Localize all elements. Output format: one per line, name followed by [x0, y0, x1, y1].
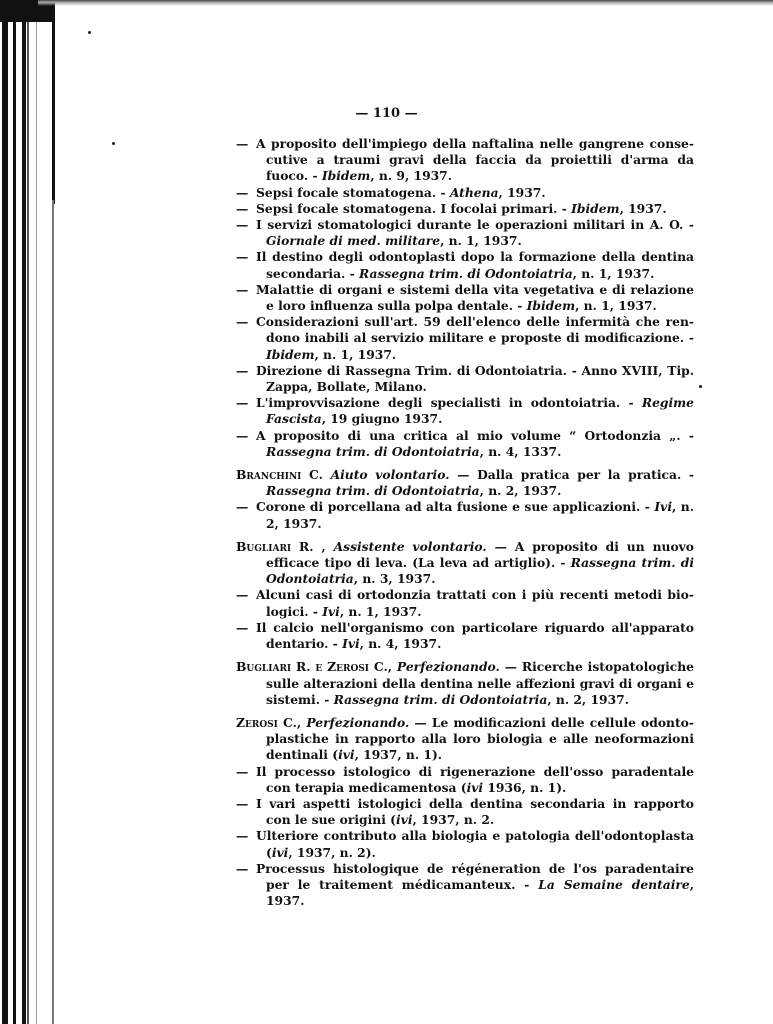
- entry-dash: —: [236, 428, 256, 444]
- entry-dash: —: [236, 185, 256, 201]
- entry-dash: —: [236, 136, 256, 152]
- author-name: Zerosi C.,: [236, 715, 306, 730]
- entry-dash: —: [236, 249, 256, 265]
- entry-source: Ivi: [342, 636, 360, 651]
- entry-source: Athena: [450, 185, 499, 200]
- entry-source: Ibidem: [571, 201, 619, 216]
- bibliography-entry: —Considerazioni sull'art. 59 dell'elenco…: [236, 314, 694, 363]
- entry-source: Rassegna trim. di Odontoiatria: [334, 692, 548, 707]
- entry-dash: —: [236, 828, 256, 844]
- entry-title: Considerazioni sull'art. 59 dell'elenco …: [256, 314, 694, 345]
- author-name: Branchini C.: [236, 467, 331, 482]
- entry-title: Corone di porcellana ad alta fusione e s…: [256, 499, 654, 514]
- entry-dash: —: [236, 363, 256, 379]
- author-entry: Zerosi C., Perfezionando. — Le modificaz…: [236, 715, 694, 764]
- bibliography-list: —A proposito dell'impiego della naftalin…: [236, 136, 694, 909]
- entry-citation: , n. 1, 1937.: [575, 298, 657, 313]
- entry-title: L'improvvisazione degli specialisti in o…: [256, 395, 642, 410]
- entry-dash: —: [236, 499, 256, 515]
- entry-dash: —: [236, 395, 256, 411]
- entry-citation: , n. 2, 1937.: [547, 692, 629, 707]
- entry-title: Direzione di Rassegna Trim. di Odontoiat…: [256, 363, 694, 394]
- bibliography-entry: —Malattie di organi e sistemi della vita…: [236, 282, 694, 314]
- scan-speck: [88, 31, 91, 34]
- author-role: Perfezionando.: [397, 659, 500, 674]
- entry-source: ivi: [396, 812, 413, 827]
- entry-title: — Dalla pratica per la pratica. -: [450, 467, 695, 482]
- author-entry: Bugliari R. e Zerosi C., Perfezionando. …: [236, 659, 694, 708]
- bibliography-entry: —A proposito dell'impiego della naftalin…: [236, 136, 694, 185]
- bibliography-entry: —I servizi stomatologici durante le oper…: [236, 217, 694, 249]
- entry-source: ivi: [467, 780, 484, 795]
- entry-dash: —: [236, 764, 256, 780]
- entry-title: A proposito di una critica al mio volume…: [256, 428, 694, 443]
- entry-citation: , 1937, n. 1).: [355, 747, 443, 762]
- entry-title: Sepsi focale stomatogena. I focolai prim…: [256, 201, 571, 216]
- bibliography-entry: —Direzione di Rassegna Trim. di Odontoia…: [236, 363, 694, 395]
- bibliography-entry: —Corone di porcellana ad alta fusione e …: [236, 499, 694, 531]
- entry-dash: —: [236, 217, 256, 233]
- entry-source: Giornale di med. militare: [266, 233, 440, 248]
- entry-citation: , n. 3, 1937.: [354, 571, 436, 586]
- entry-dash: —: [236, 201, 256, 217]
- entry-citation: 1936, n. 1).: [483, 780, 566, 795]
- entry-citation: , n. 1, 1937.: [340, 604, 422, 619]
- author-name: Bugliari R. ,: [236, 539, 334, 554]
- entry-citation: , 1937.: [499, 185, 546, 200]
- entry-citation: , n. 1, 1937.: [573, 266, 655, 281]
- bibliography-entry: —Sepsi focale stomatogena. I focolai pri…: [236, 201, 694, 217]
- entry-title: Sepsi focale stomatogena. -: [256, 185, 450, 200]
- entry-dash: —: [236, 587, 256, 603]
- entry-source: Ibidem: [266, 347, 314, 362]
- scan-top-edge: [38, 0, 773, 6]
- entry-citation: , n. 2, 1937.: [480, 483, 562, 498]
- bibliography-entry: —I vari aspetti istologici della dentina…: [236, 796, 694, 828]
- bibliography-entry: —A proposito di una critica al mio volum…: [236, 428, 694, 460]
- book-binding-edge: [0, 0, 56, 1024]
- entry-source: Ibidem: [322, 168, 370, 183]
- author-name: Bugliari R. e Zerosi C.,: [236, 659, 397, 674]
- entry-source: Rassegna trim. di Odontoiatria: [266, 483, 480, 498]
- bibliography-entry: —L'improvvisazione degli specialisti in …: [236, 395, 694, 427]
- entry-citation: , 19 giugno 1937.: [322, 411, 443, 426]
- entry-citation: , 1937, n. 2.: [413, 812, 495, 827]
- entry-dash: —: [236, 282, 256, 298]
- author-entry: Bugliari R. , Assistente volontario. — A…: [236, 539, 694, 588]
- entry-citation: , n. 1, 1937.: [314, 347, 396, 362]
- bibliography-entry: —Alcuni casi di ortodonzia trattati con …: [236, 587, 694, 619]
- author-role: Assistente volontario.: [334, 539, 487, 554]
- entry-source: ivi: [272, 845, 289, 860]
- author-role: Perfezionando.: [306, 715, 409, 730]
- scan-speck: [699, 385, 702, 388]
- entry-citation: , 1937.: [620, 201, 667, 216]
- entry-source: Ibidem: [527, 298, 575, 313]
- entry-source: Ivi: [322, 604, 340, 619]
- bibliography-entry: —Processus histologique de régéneration …: [236, 861, 694, 910]
- bibliography-entry: —Il calcio nell'organismo con particolar…: [236, 620, 694, 652]
- bibliography-entry: —Sepsi focale stomatogena. - Athena, 193…: [236, 185, 694, 201]
- entry-source: La Semaine dentaire: [538, 877, 690, 892]
- entry-source: Ivi: [654, 499, 672, 514]
- bibliography-entry: —Il processo istologico di rigenerazione…: [236, 764, 694, 796]
- entry-citation: , n. 1, 1937.: [440, 233, 522, 248]
- entry-citation: , n. 9, 1937.: [370, 168, 452, 183]
- author-entry: Branchini C. Aiuto volontario. — Dalla p…: [236, 467, 694, 499]
- entry-source: Rassegna trim. di Odontoiatria: [266, 444, 480, 459]
- bibliography-entry: —Ulteriore contributo alla biologia e pa…: [236, 828, 694, 860]
- bibliography-entry: —Il destino degli odontoplasti dopo la f…: [236, 249, 694, 281]
- entry-title: I servizi stomatologici durante le opera…: [256, 217, 694, 232]
- page-number: — 110 —: [0, 106, 773, 121]
- entry-citation: , n. 4, 1937.: [360, 636, 442, 651]
- entry-source: Rassegna trim. di Odontoiatria: [359, 266, 573, 281]
- entry-dash: —: [236, 620, 256, 636]
- entry-title: Il calcio nell'organismo con particolare…: [256, 620, 694, 651]
- scan-speck: [112, 142, 115, 145]
- entry-dash: —: [236, 861, 256, 877]
- entry-citation: , n. 4, 1337.: [480, 444, 562, 459]
- entry-dash: —: [236, 796, 256, 812]
- entry-source: ivi: [338, 747, 355, 762]
- entry-citation: , 1937, n. 2).: [288, 845, 376, 860]
- entry-dash: —: [236, 314, 256, 330]
- author-role: Aiuto volontario.: [331, 467, 450, 482]
